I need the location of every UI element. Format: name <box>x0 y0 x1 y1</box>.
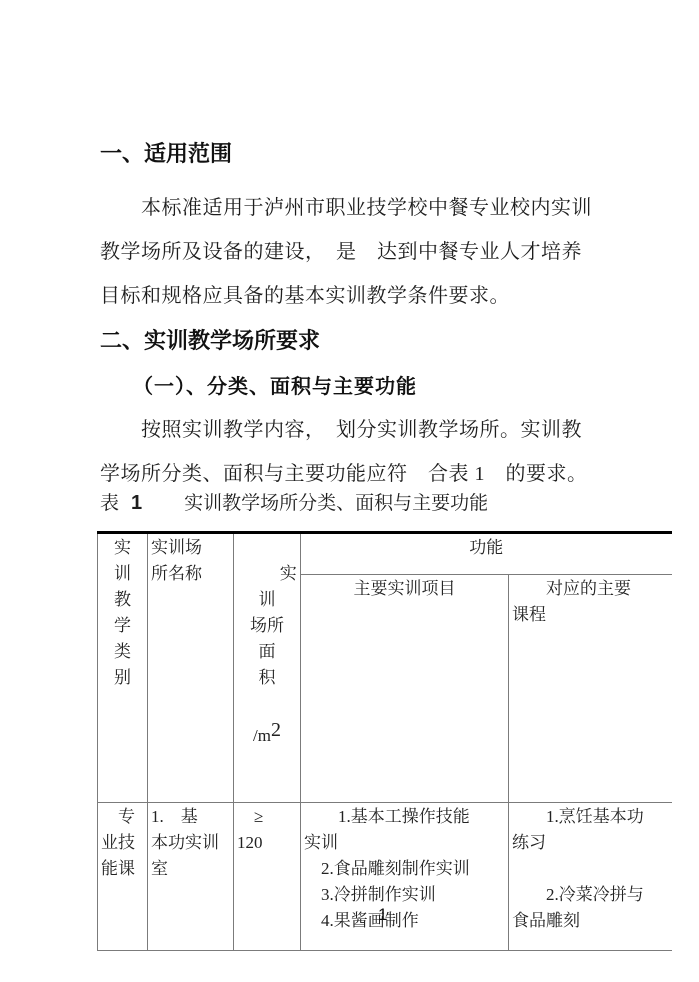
training-places-table: 实 训 教 学 类 别 实训场 所名称 实训 场所 面 积 /m2 功能 主要实… <box>97 531 672 951</box>
page-number: 1 <box>378 905 387 925</box>
cell-place-name: 1. 基 本功实训 室 <box>148 803 234 951</box>
heading-training-place-requirements: 二、实训教学场所要求 <box>100 327 320 355</box>
area-unit-base: /m <box>253 726 271 745</box>
table-header-row-1: 实 训 教 学 类 别 实训场 所名称 实训 场所 面 积 /m2 功能 <box>98 533 672 575</box>
area-unit-superscript: 2 <box>271 719 281 741</box>
heading-scope: 一、适用范围 <box>100 140 232 168</box>
paragraph-classification: 按照实训教学内容， 划分实训教学场所。实训教 学场所分类、面积与主要功能应符 合… <box>100 408 605 496</box>
table-caption-title: 实训教学场所分类、面积与主要功能 <box>184 493 488 514</box>
cell-area-value: ≥ 120 <box>234 803 301 951</box>
cell-related-courses: 1.烹饪基本功 练习 2.冷菜冷拼与 食品雕刻 <box>509 803 672 951</box>
table-caption: 表1实训教学场所分类、面积与主要功能 <box>100 490 488 517</box>
table-caption-number: 1 <box>131 492 142 514</box>
area-header-text: 实训 场所 面 积 <box>250 564 297 687</box>
table-caption-label: 表 <box>100 493 119 514</box>
header-cell-function-group: 功能 <box>301 533 672 575</box>
paragraph-scope: 本标准适用于泸州市职业技学校中餐专业校内实训 教学场所及设备的建设， 是 达到中… <box>100 186 605 318</box>
document-page: 一、适用范围 本标准适用于泸州市职业技学校中餐专业校内实训 教学场所及设备的建设… <box>0 0 699 982</box>
header-cell-related-courses: 对应的主要 课程 <box>509 574 672 802</box>
subheading-classification-area-function: （一）、分类、面积与主要功能 <box>133 374 417 400</box>
table-row: 专 业技 能课 1. 基 本功实训 室 ≥ 120 1.基本工操作技能 实训 2… <box>98 803 672 951</box>
header-cell-area: 实训 场所 面 积 /m2 <box>234 533 301 803</box>
cell-main-projects: 1.基本工操作技能 实训 2.食品雕刻制作实训 3.冷拼制作实训 4.果酱画制作 <box>301 803 509 951</box>
header-cell-place-name: 实训场 所名称 <box>148 533 234 803</box>
cell-category: 专 业技 能课 <box>98 803 148 951</box>
header-cell-category: 实 训 教 学 类 别 <box>98 533 148 803</box>
area-unit: /m2 <box>237 717 297 749</box>
header-cell-main-projects: 主要实训项目 <box>301 574 509 802</box>
